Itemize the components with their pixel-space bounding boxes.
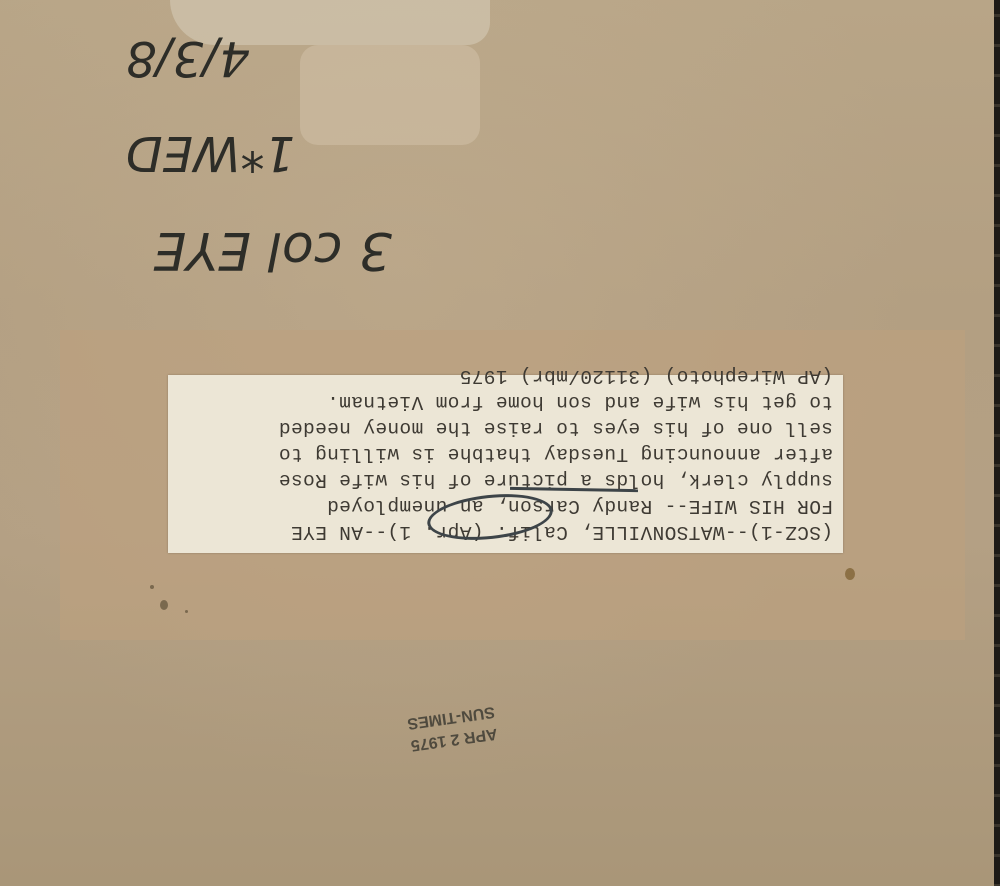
stain-mark <box>150 585 154 589</box>
caption-line: (AP Wirephoto) (31120/mbr) 1975 <box>459 365 833 387</box>
caption-line: FOR HIS WIFE-- Randy Carson, an unemploy… <box>327 495 833 517</box>
handwritten-note-date: 4/3/8 <box>160 30 250 86</box>
discoloration-patch <box>300 45 480 145</box>
caption-line: to get his wife and son home from Vietna… <box>327 391 833 413</box>
caption-line: (SCZ-1)--WATSONVILLE, Calif. (Apr. 1)--A… <box>291 521 833 543</box>
caption-line: sell one of his eyes to raise the money … <box>279 417 833 439</box>
caption-line: after announcing Tuesday thatbhe is will… <box>279 443 833 465</box>
handwritten-note-day: 1*WED <box>115 125 295 181</box>
stain-mark <box>160 600 168 610</box>
torn-edge <box>994 0 1000 886</box>
handwritten-note-size: 3 col EYE <box>92 220 392 280</box>
stain-mark <box>845 568 855 580</box>
stain-mark <box>185 610 188 613</box>
